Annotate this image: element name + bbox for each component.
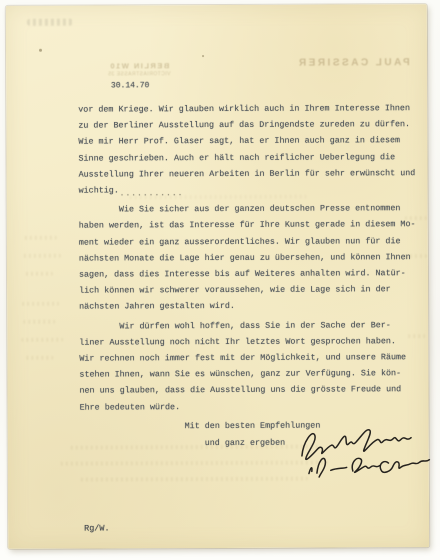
typed-line: liner Ausstellung noch nicht Ihr letztes… bbox=[79, 333, 415, 351]
bleed-through-smudge bbox=[23, 356, 53, 360]
typed-line: Wir rechnen noch immer fest mit der Mögl… bbox=[79, 349, 415, 367]
typed-line: ment wieder ein ganz ausserordentliches.… bbox=[79, 233, 415, 251]
signature-handwriting bbox=[292, 414, 438, 488]
typed-line: zu der Berliner Ausstellung auf das Drin… bbox=[78, 116, 414, 134]
bleed-through-smudge bbox=[405, 334, 425, 338]
bleed-through-smudge bbox=[127, 195, 307, 200]
typed-line: lich können wir schwerer voraussehen, wi… bbox=[79, 281, 415, 299]
typed-line: nächsten Monate die Lage hier genau zu ü… bbox=[79, 249, 415, 267]
letter-paper: PAUL CASSIRER BERLIN W10 VICTORIASTRASSE… bbox=[6, 4, 429, 549]
letterhead-street-mirrored: VICTORIASTRASSE 35 bbox=[96, 71, 182, 77]
pencil-mark bbox=[27, 19, 73, 26]
typed-line: Sinne geschrieben. Auch er hält nach rei… bbox=[78, 149, 414, 167]
bleed-through-smudge bbox=[23, 320, 55, 324]
bleed-through-smudge bbox=[403, 254, 427, 258]
bleed-through-smudge bbox=[405, 216, 427, 220]
paragraph: Wir dürfen wohl hoffen, dass Sie in der … bbox=[79, 317, 415, 416]
typed-line: stehen Ihnen, wann Sie es wünschen, ganz… bbox=[79, 365, 415, 383]
bleed-through-smudge bbox=[78, 477, 308, 482]
typed-line: Wir dürfen wohl hoffen, dass Sie in der … bbox=[79, 317, 415, 335]
letterhead-company-mirrored: PAUL CASSIRER bbox=[287, 57, 419, 69]
bleed-through-smudge bbox=[21, 302, 59, 306]
bleed-through-smudge bbox=[23, 272, 53, 276]
letterhead-city-mirrored: BERLIN W10 bbox=[96, 61, 182, 70]
paragraph: vor dem Kriege. Wir glauben wirklich auc… bbox=[78, 100, 414, 199]
date-stamp: 30.14.70 bbox=[94, 81, 166, 90]
typed-line: nen uns glauben, dass die Ausstellung un… bbox=[79, 382, 415, 400]
paragraph: Wie Sie sicher aus der ganzen deutschen … bbox=[79, 200, 415, 315]
bleed-through-smudge bbox=[23, 236, 57, 240]
typed-line: vor dem Kriege. Wir glauben wirklich auc… bbox=[78, 100, 414, 118]
ink-speck bbox=[39, 49, 42, 52]
letter-body: vor dem Kriege. Wir glauben wirklich auc… bbox=[78, 100, 415, 418]
typed-line: haben werden, ist das Interesse für Ihre… bbox=[79, 217, 415, 235]
typed-line: nächsten Jahren gestalten wird. bbox=[79, 298, 415, 316]
typed-line: Wie Sie sicher aus der ganzen deutschen … bbox=[79, 200, 415, 218]
typed-line: Ehre bedeuten würde. bbox=[80, 398, 416, 416]
typed-line: sagen, dass dies Interesse bis auf Weite… bbox=[79, 265, 415, 283]
bleed-through-smudge bbox=[21, 254, 61, 258]
ink-speck bbox=[202, 55, 204, 57]
typist-initials: Rg/W. bbox=[84, 523, 110, 533]
typed-line: Wie mir Herr Prof. Glaser sagt, hat er I… bbox=[78, 133, 414, 151]
bleed-through-smudge bbox=[21, 338, 63, 342]
typed-line: Ausstellung Ihrer neueren Arbeiten in Be… bbox=[79, 165, 415, 183]
bleed-through-smudge bbox=[58, 461, 328, 466]
